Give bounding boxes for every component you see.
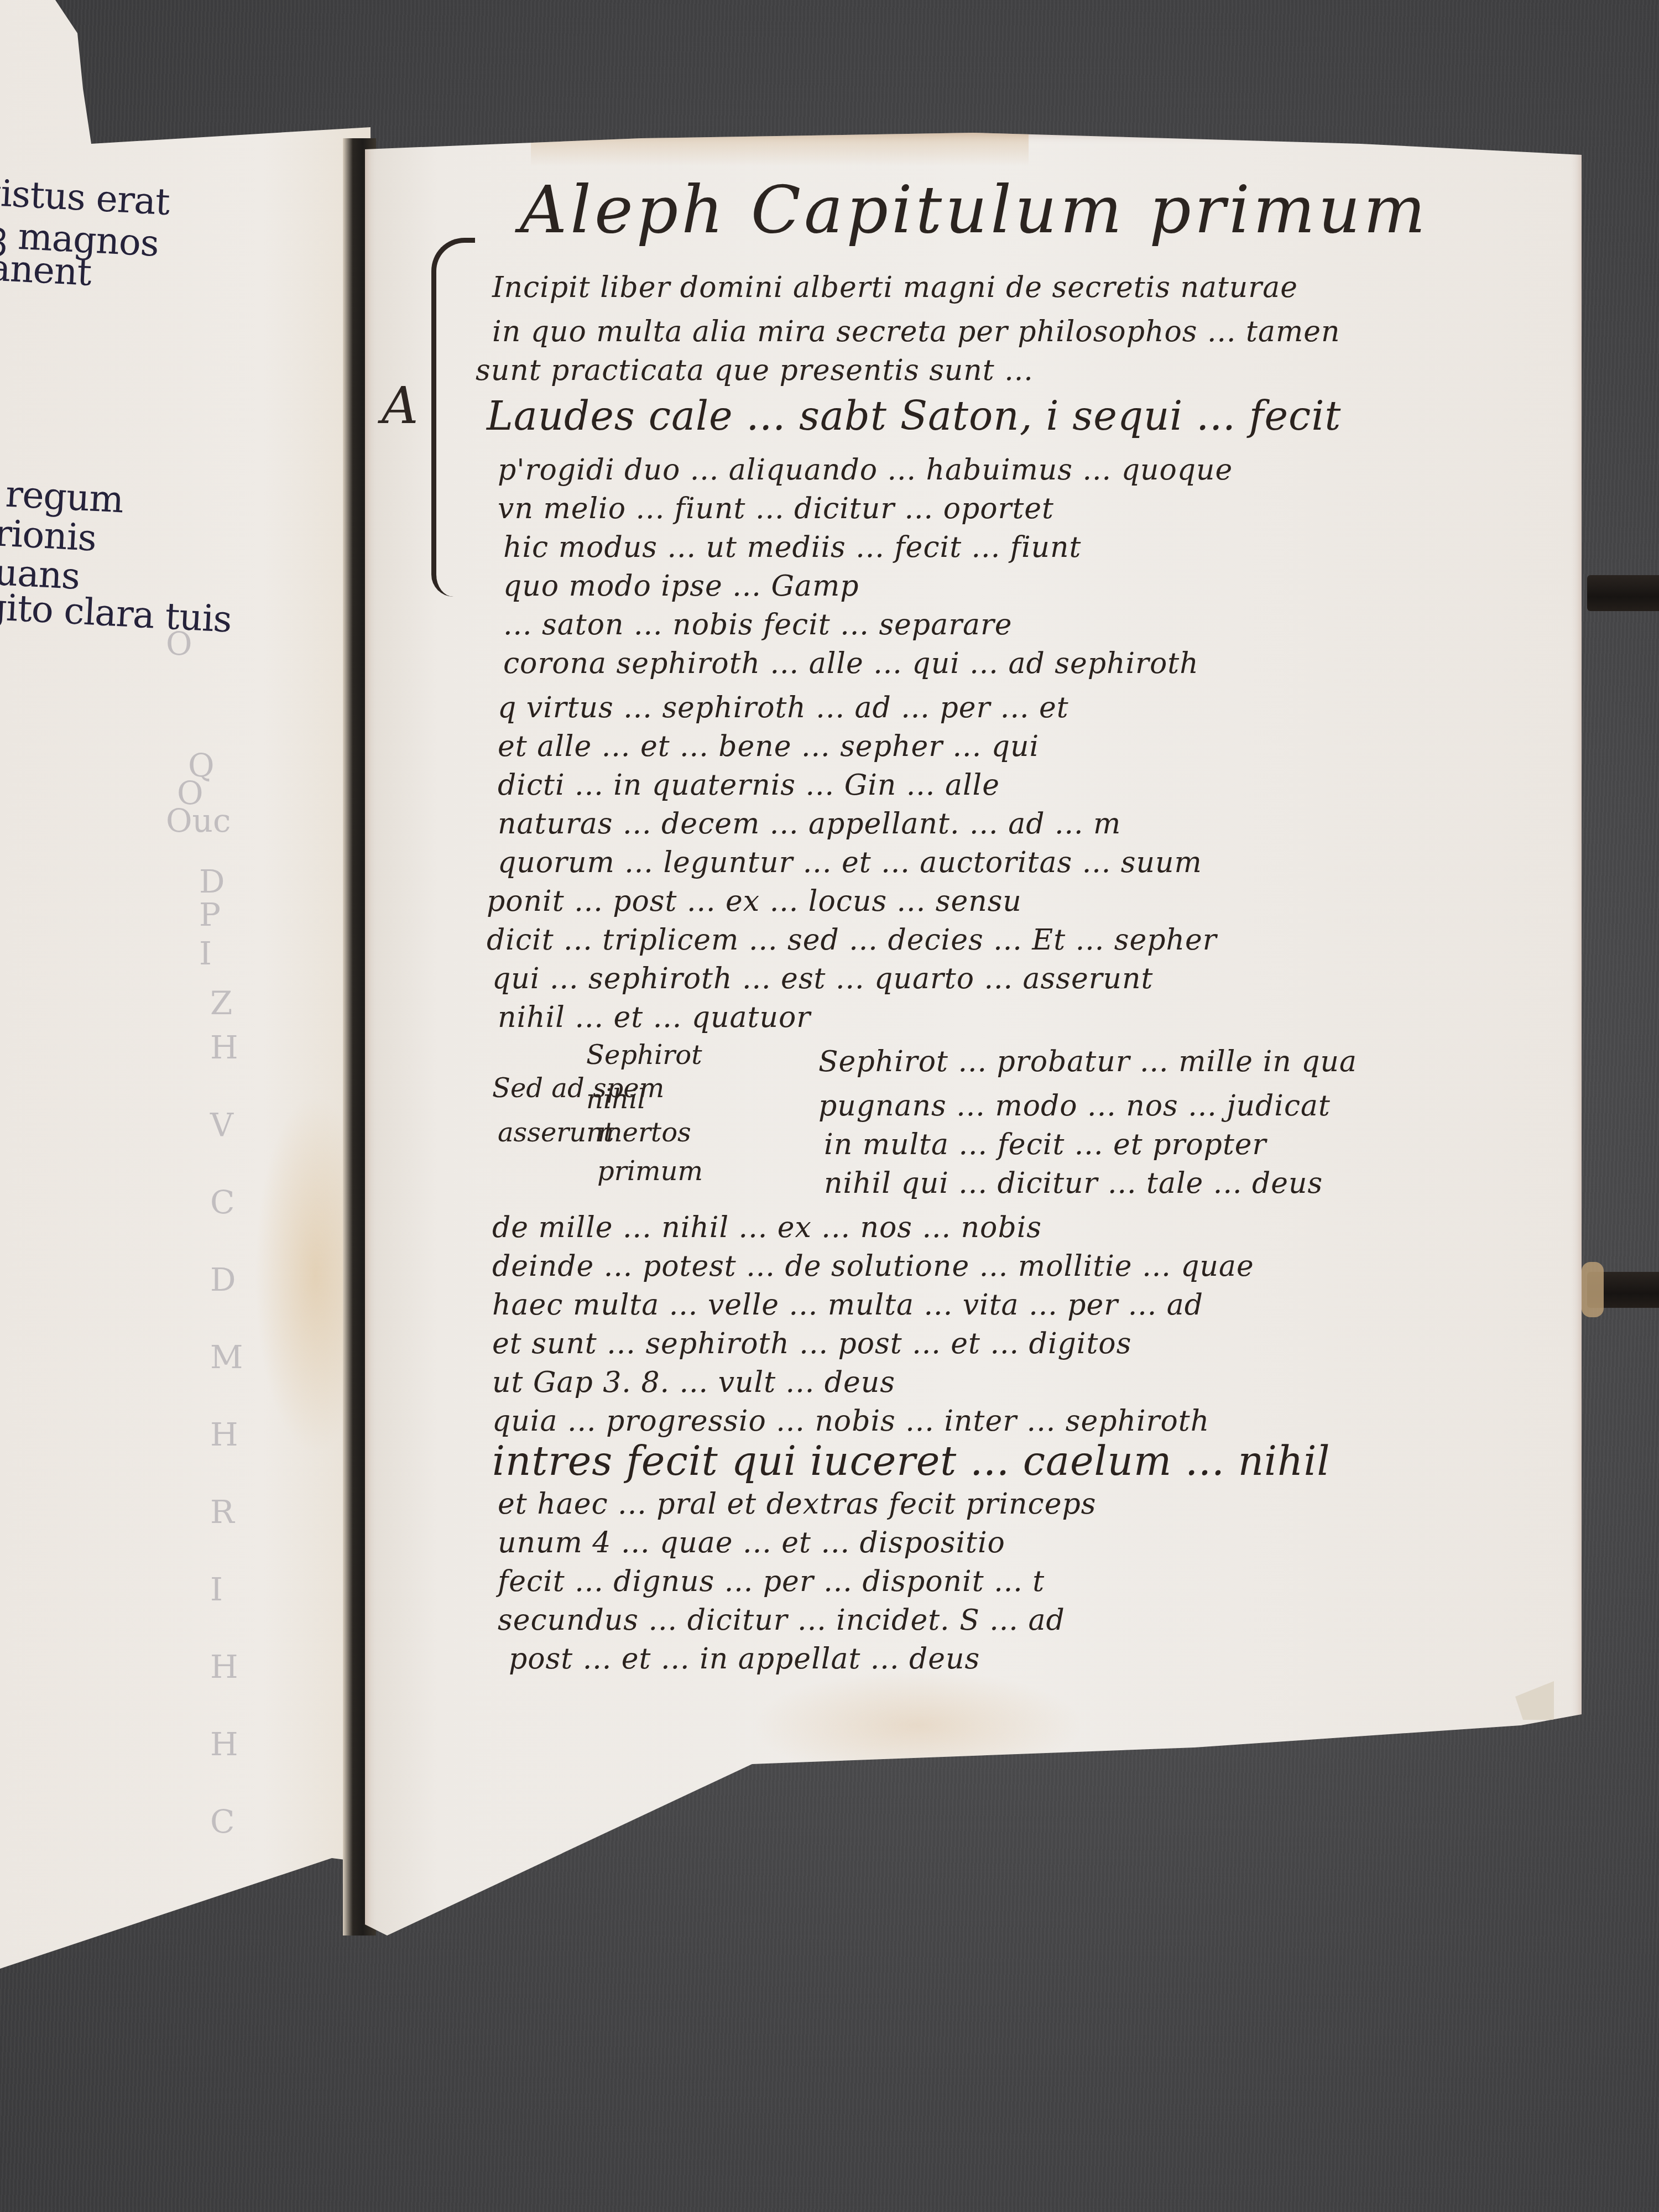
right-manuscript-page: Aleph Capitulum primum A Incipit liber d… [365, 133, 1582, 1958]
show-through-text: O [166, 625, 192, 662]
edge-stain [752, 1670, 1084, 1781]
manuscript-line: ... saton ... nobis fecit ... separare [503, 608, 1013, 641]
left-printed-page: gistus erat ꝫ magnos anent regum rionis … [0, 0, 376, 1969]
edge-stain [531, 133, 1029, 166]
manuscript-line: ut Gap 3. 8. ... vult ... deus [492, 1366, 895, 1399]
clasp-leather-tab [1582, 1262, 1604, 1317]
side-note: nihil [586, 1084, 646, 1115]
torn-corner [1515, 1681, 1554, 1720]
show-through-text: D [210, 1261, 236, 1298]
show-through-text: R [210, 1493, 234, 1531]
manuscript-line: de mille ... nihil ... ex ... nos ... no… [492, 1211, 1042, 1244]
show-through-text: H [210, 1416, 238, 1453]
manuscript-line: hic modus ... ut mediis ... fecit ... fi… [503, 531, 1081, 564]
manuscript-line: nihil qui ... dicitur ... tale ... deus [824, 1167, 1323, 1200]
show-through-text: Z [210, 984, 232, 1022]
manuscript-line: Sephirot ... probatur ... mille in qua [818, 1045, 1357, 1078]
manuscript-line: in quo multa alia mira secreta per philo… [492, 315, 1340, 348]
margin-letter: A [382, 376, 418, 435]
manuscript-line: q virtus ... sephiroth ... ad ... per ..… [498, 691, 1069, 724]
side-note: Sephirot [586, 1040, 702, 1071]
manuscript-line: secundus ... dicitur ... incidet. S ... … [498, 1604, 1065, 1637]
manuscript-line: ponit ... post ... ex ... locus ... sens… [487, 885, 1022, 918]
manuscript-line: fecit ... dignus ... per ... disponit ..… [498, 1565, 1045, 1598]
show-through-text: M [210, 1338, 243, 1376]
show-through-text: D [199, 863, 225, 900]
manuscript-line: quo modo ipse ... Gamp [503, 570, 859, 603]
manuscript-line: quorum ... leguntur ... et ... auctorita… [498, 846, 1202, 879]
book-clasp-upper [1587, 575, 1659, 611]
manuscript-heading: Aleph Capitulum primum [520, 171, 1429, 248]
manuscript-line: corona sephiroth ... alle ... qui ... ad… [503, 647, 1199, 680]
show-through-text: P [199, 896, 221, 933]
book-clasp-lower [1587, 1272, 1659, 1308]
manuscript-line: in multa ... fecit ... et propter [824, 1128, 1266, 1161]
side-note: asserunt [498, 1117, 614, 1148]
show-through-text: I [199, 935, 212, 972]
manuscript-line: et haec ... pral et dextras fecit prince… [498, 1488, 1096, 1521]
printed-line: anent [0, 246, 92, 294]
manuscript-line: qui ... sephiroth ... est ... quarto ...… [492, 962, 1154, 995]
show-through-text: C [210, 1803, 234, 1840]
printed-line: gito clara tuis [0, 585, 233, 640]
manuscript-line: vn melio ... fiunt ... dicitur ... oport… [498, 492, 1054, 525]
show-through-text: Ouc [166, 802, 231, 839]
manuscript-line: pugnans ... modo ... nos ... judicat [818, 1089, 1331, 1123]
show-through-text: H [210, 1029, 238, 1066]
manuscript-line: dicti ... in quaternis ... Gin ... alle [498, 769, 1000, 802]
manuscript-line: quia ... progressio ... nobis ... inter … [492, 1405, 1209, 1438]
show-through-text: C [210, 1183, 234, 1221]
show-through-text: H [210, 1648, 238, 1686]
show-through-text: I [210, 1571, 223, 1608]
manuscript-line: naturas ... decem ... appellant. ... ad … [498, 807, 1121, 841]
manuscript-line: p'rogidi duo ... aliquando ... habuimus … [498, 453, 1233, 487]
manuscript-line: nihil ... et ... quatuor [498, 1001, 811, 1034]
manuscript-line: haec multa ... velle ... multa ... vita … [492, 1288, 1203, 1322]
manuscript-line: intres fecit qui iuceret ... caelum ... … [492, 1438, 1331, 1484]
manuscript-line: sunt practicata que presentis sunt ... [476, 354, 1034, 387]
manuscript-line: deinde ... potest ... de solutione ... m… [492, 1250, 1254, 1283]
side-note: mertos [597, 1117, 691, 1148]
manuscript-line: et sunt ... sephiroth ... post ... et ..… [492, 1327, 1131, 1360]
decorative-initial-stroke [431, 238, 475, 597]
show-through-text: V [210, 1106, 233, 1144]
manuscript-line: unum 4 ... quae ... et ... dispositio [498, 1526, 1005, 1559]
manuscript-line: et alle ... et ... bene ... sepher ... q… [498, 730, 1039, 763]
manuscript-line: Laudes cale ... sabt Saton, i sequi ... … [487, 393, 1341, 439]
side-note: primum [597, 1156, 703, 1187]
show-through-text: H [210, 1725, 238, 1763]
manuscript-line: Incipit liber domini alberti magni de se… [492, 271, 1298, 304]
manuscript-line: dicit ... triplicem ... sed ... decies .… [487, 924, 1217, 957]
manuscript-line: post ... et ... in appellat ... deus [509, 1642, 980, 1676]
